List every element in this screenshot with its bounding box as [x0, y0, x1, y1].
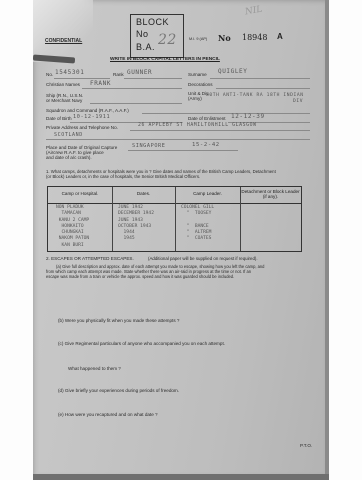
surname-value: QUIGLEY — [218, 68, 248, 75]
rank-label: Rank — [113, 72, 124, 77]
unit-value: 80TH ANTI-TANK RA 18TH INDIAN — [206, 93, 304, 98]
number-label: No — [218, 33, 231, 43]
decorations-label: Decorations — [188, 82, 213, 87]
enlistment-label: Date of Enlistment — [188, 116, 226, 121]
cell-camp-leaders: COLONEL GILL " TOOSEY " BANCE " ALTREM "… — [181, 205, 214, 243]
page-bottom-edge — [33, 474, 329, 480]
cell-dates: JUNE 1942 DECEMBER 1942 JUNE 1943 OCTOBE… — [118, 205, 154, 243]
stamp-handwritten: 22 — [158, 32, 177, 48]
header-camp-leader: Camp Leader. — [175, 191, 240, 196]
header-camp: Camp or Hospital. — [48, 191, 112, 196]
question-d: (d) Give briefly your experiences during… — [58, 388, 179, 393]
question-c: (c) Give Regimental particulars of anyon… — [58, 341, 225, 346]
cell-camps: NON PLADUK TAMACAN KANU 2 CAMP HONKAITO … — [56, 205, 89, 249]
dob-label: Date of Birth — [46, 116, 72, 121]
address-value-2: SCOTLAND — [54, 132, 83, 138]
rank-value: GUNNER — [127, 69, 152, 76]
page-edge — [325, 0, 329, 478]
christian-names-value: FRANK — [90, 80, 111, 87]
no-value: 1545301 — [55, 69, 85, 76]
capture-date: 15-2-42 — [192, 142, 220, 148]
christian-names-label: Christian Names — [46, 82, 80, 87]
unit-label-2: (Army) — [188, 96, 202, 101]
document-number: 18948 — [242, 33, 267, 42]
squadron-label: Squadron and Command (R.A.F., A.A.F.) — [46, 108, 129, 113]
ship-label-2: or Merchant Navy — [46, 98, 82, 103]
unit-value-div: DIV — [293, 99, 303, 104]
camps-table: Camp or Hospital. Dates. Camp Leader. De… — [47, 186, 302, 252]
surname-label: Surname — [188, 72, 207, 77]
question-e: (e) How were you recaptured and on what … — [58, 412, 158, 417]
series-letter: A — [277, 32, 283, 41]
section2-note: (Additional paper will be supplied on re… — [148, 256, 258, 261]
capture-label-3: and date of a/c crash). — [46, 155, 92, 160]
header-block-leader: Detachment or Block Leader (if any). — [240, 189, 301, 199]
no-label: No. — [46, 72, 53, 77]
instruction: WRITE IN BLOCK CAPITAL LETTERS IN PENCIL — [110, 57, 220, 62]
classification-label: CONFIDENTIAL — [45, 38, 82, 44]
enlistment-value: 12-12-39 — [231, 113, 265, 120]
address-label: Private Address and Telephone No. — [46, 125, 118, 130]
form-ref: M.I. 9 (AP) — [189, 37, 207, 41]
question-b: (b) Were you physically fit when you mad… — [58, 318, 179, 323]
capture-place: SINGAPORE — [132, 143, 166, 149]
block-stamp: BLOCK No B.A. 22 — [130, 14, 184, 58]
question-a-line3: escape was made from a train or vehicle … — [46, 274, 234, 279]
stamp-line-3: B.A. — [136, 42, 155, 52]
section1-question-line2: (or Block) Leaders or, in the case of ho… — [46, 174, 200, 179]
stamp-line-1: BLOCK — [136, 17, 169, 27]
address-value-1: 26 APPLEBY ST HAMILTONHILL GLASGOW — [138, 123, 257, 128]
pto-label: P.T.O. — [300, 443, 312, 448]
section2-heading: 2. ESCAPES OR ATTEMPTED ESCAPES. — [46, 256, 134, 261]
dob-value: 10-12-1911 — [73, 114, 110, 120]
stamp-line-2: No — [136, 29, 149, 39]
header-dates: Dates. — [112, 191, 175, 196]
question-c-followup: What happened to them ? — [68, 366, 121, 371]
